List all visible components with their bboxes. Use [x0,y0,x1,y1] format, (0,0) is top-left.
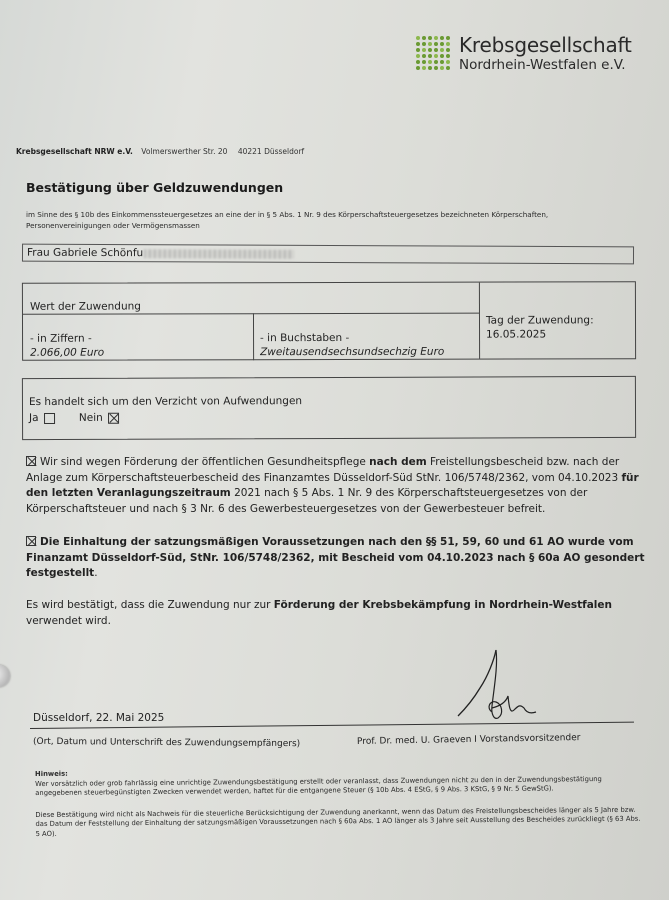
logo-dot [416,60,420,64]
bold-text: Die Einhaltung der satzungsmäßigen Vorau… [26,536,644,579]
logo-dot [422,36,426,40]
sender-street: Volmerswerther Str. 20 [141,147,227,156]
bold-text: Förderung der Krebsbekämpfung in Nordrhe… [274,599,612,611]
amount-header-row: Wert der Zuwendung [23,283,479,315]
handwritten-signature-icon [452,648,562,728]
amount-words-cell: - in Buchstaben - Zweitausendsechsundsec… [253,313,479,361]
logo-dot [428,60,432,64]
donor-name: Frau Gabriele Schönfu [27,247,143,260]
amount-words-value: Zweitausendsechsundsechzig Euro [260,346,444,358]
logo-dot [434,36,438,40]
sender-org: Krebsgesellschaft NRW e.V. [16,147,133,156]
notice-liability-text: Wer vorsätzlich oder grob fahrlässig ein… [35,774,645,798]
logo-dot [446,54,450,58]
logo-dot [446,66,450,70]
bold-text: nach dem [369,456,427,468]
logo-dot [434,48,438,52]
donor-name-field: Frau Gabriele Schönfu [22,244,634,265]
tax-exemption-paragraph: Wir sind wegen Förderung der öffentliche… [26,455,646,517]
waiver-options: Ja Nein [29,412,119,424]
logo-dot [434,42,438,46]
intro-line-2: Personenvereinigungen oder Vermögensmass… [26,221,626,232]
logo-dot [422,60,426,64]
logo-dot [422,42,426,46]
logo-dot [416,48,420,52]
text: verwendet wird. [26,615,111,627]
logo-dot [440,54,444,58]
logo-dot [440,66,444,70]
amount-digits-label: - in Ziffern - [30,333,92,345]
punch-hole [0,665,10,687]
donation-date-cell: Tag der Zuwendung: 16.05.2025 [486,313,594,341]
logo-dot [422,54,426,58]
redacted-name-part [144,249,294,259]
logo-dot [440,36,444,40]
amount-header: Wert der Zuwendung [30,300,141,312]
sender-city: 40221 Düsseldorf [238,147,304,156]
logo-dot [440,48,444,52]
amount-words-label: - in Buchstaben - [260,332,349,344]
notice-validity-text: Diese Bestätigung wird nicht als Nachwei… [35,805,645,839]
donation-date-value: 16.05.2025 [486,327,594,341]
document-intro: im Sinne des § 10b des Einkommenssteuerg… [26,210,626,231]
amount-left-section: Wert der Zuwendung - in Ziffern - 2.066,… [23,283,480,360]
logo-dot [416,36,420,40]
donation-amount-table: Wert der Zuwendung - in Ziffern - 2.066,… [22,281,636,361]
logo-dot [422,66,426,70]
document-title: Bestätigung über Geldzuwendungen [26,180,283,195]
organization-logo: Krebsgesellschaft Nordrhein-Westfalen e.… [416,34,632,73]
waiver-option-nein-label: Nein [79,412,103,424]
intro-line-1: im Sinne des § 10b des Einkommenssteuerg… [26,210,626,221]
logo-dot [428,48,432,52]
expense-waiver-box: Es handelt sich um den Verzicht von Aufw… [22,376,636,440]
logo-dot [434,54,438,58]
checkbox-exemption-icon [26,456,36,466]
signatory-name: Prof. Dr. med. U. Graeven I Vorstandsvor… [357,733,581,747]
checkbox-statutes-icon [26,536,36,546]
text: Es wird bestätigt, dass die Zuwendung nu… [26,599,274,611]
logo-name-line1: Krebsgesellschaft [459,34,632,56]
signature-caption-left: (Ort, Datum und Unterschrift des Zuwendu… [33,737,300,749]
amount-digits-value: 2.066,00 Euro [30,347,104,359]
logo-dot [428,36,432,40]
logo-dot [440,60,444,64]
signature-place-date: Düsseldorf, 22. Mai 2025 [33,712,164,724]
logo-name-line2: Nordrhein-Westfalen e.V. [459,57,632,73]
amount-digits-cell: - in Ziffern - 2.066,00 Euro [23,313,254,361]
waiver-option-nein: Nein [79,412,119,424]
donation-date-label: Tag der Zuwendung: [486,313,594,327]
waiver-option-ja: Ja [29,412,55,424]
logo-dot [416,54,420,58]
waiver-option-ja-label: Ja [29,412,39,424]
waiver-question: Es handelt sich um den Verzicht von Aufw… [29,395,302,408]
logo-dot [440,42,444,46]
logo-dot [446,48,450,52]
purpose-paragraph: Es wird bestätigt, dass die Zuwendung nu… [26,598,646,629]
sender-address-line: Krebsgesellschaft NRW e.V. Volmerswerthe… [16,147,312,156]
logo-dot [434,60,438,64]
logo-dot [416,42,420,46]
logo-dot [422,48,426,52]
logo-dot [428,66,432,70]
text: . [94,567,97,579]
logo-dot [446,60,450,64]
logo-dot [446,42,450,46]
logo-dot [428,54,432,58]
logo-dot [416,66,420,70]
logo-dot [446,36,450,40]
checkbox-nein-icon [108,412,119,423]
statutes-paragraph: Die Einhaltung der satzungsmäßigen Vorau… [26,535,646,582]
text: Wir sind wegen Förderung der öffentliche… [40,456,369,468]
logo-dot [434,66,438,70]
checkbox-ja-icon [44,412,55,423]
logo-dot [428,42,432,46]
logo-dot-grid-icon [416,36,450,70]
legal-notice: Hinweis: Wer vorsätzlich oder grob fahrl… [35,765,646,839]
